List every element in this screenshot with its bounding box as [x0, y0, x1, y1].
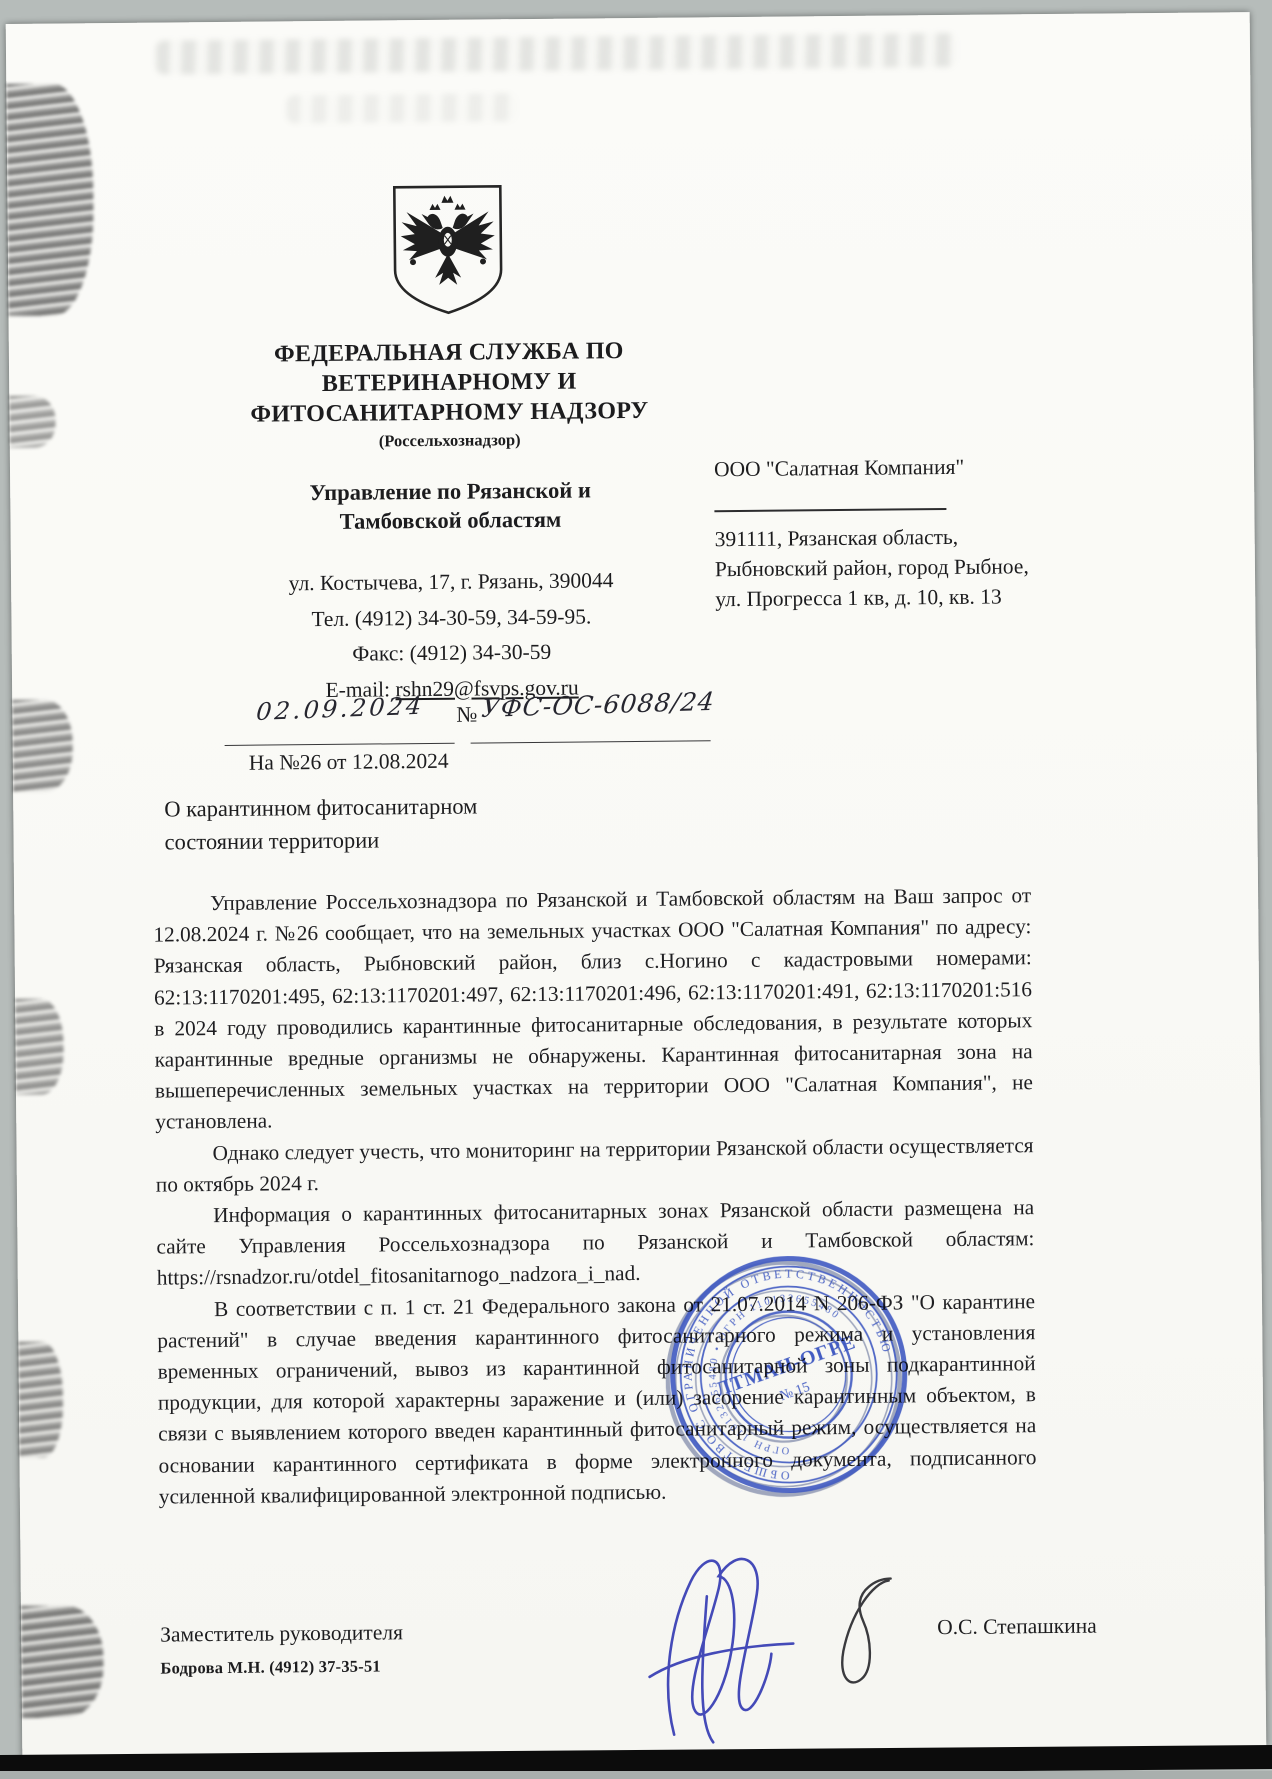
subject-line: О карантинном фитосанитарном состоянии т…: [164, 790, 478, 859]
round-stamp: ОБЩЕСТВО С ОГРАНИЧЕННОЙ ОТВЕТСТВЕННОСТЬЮ…: [665, 1250, 913, 1498]
signer-position: Заместитель руководителя: [160, 1620, 403, 1647]
number-writing-line: [471, 740, 711, 743]
agency-name: ФЕДЕРАЛЬНАЯ СЛУЖБА ПО ВЕТЕРИНАРНОМУ И ФИ…: [139, 335, 760, 431]
scanned-letter: ФЕДЕРАЛЬНАЯ СЛУЖБА ПО ВЕТЕРИНАРНОМУ И ФИ…: [0, 0, 1272, 1779]
document-page: ФЕДЕРАЛЬНАЯ СЛУЖБА ПО ВЕТЕРИНАРНОМУ И ФИ…: [6, 12, 1267, 1758]
outgoing-number-handwritten: УФС-ОС-6088/24: [476, 687, 720, 723]
scan-smudge: [18, 1342, 63, 1458]
executor-contact: Бодрова М.Н. (4912) 37-35-51: [160, 1656, 381, 1678]
number-sign: №: [456, 702, 477, 728]
postal-address: ул. Костычева, 17, г. Рязань, 390044: [141, 562, 761, 603]
scan-smudge: [15, 999, 64, 1095]
department-name: Управление по Рязанской и Тамбовской обл…: [140, 474, 761, 538]
handwritten-signature: [610, 1532, 952, 1750]
scan-smudge: [6, 83, 94, 316]
phone-line: Тел. (4912) 34-30-59, 34-59-95.: [141, 597, 761, 638]
body-paragraph: Однако следует учесть, что мониторинг на…: [155, 1130, 1034, 1201]
scan-smudge: [12, 699, 73, 792]
fax-line: Факс: (4912) 34-30-59: [142, 633, 762, 674]
scan-edge-gray: [0, 1771, 1272, 1779]
letterhead: ФЕДЕРАЛЬНАЯ СЛУЖБА ПО ВЕТЕРИНАРНОМУ И ФИ…: [137, 181, 762, 710]
body-paragraph: Управление Россельхознадзора по Рязанско…: [153, 880, 1033, 1138]
recipient-block: ООО "Салатная Компания" 391111, Рязанска…: [714, 451, 1076, 614]
recipient-name: ООО "Салатная Компания": [714, 451, 1074, 484]
scan-bleed-artifact: [286, 93, 516, 123]
scan-smudge: [9, 396, 55, 448]
signer-name: О.С. Степашкина: [937, 1614, 1097, 1641]
recipient-address: 391111, Рязанская область, Рыбновский ра…: [715, 521, 1076, 614]
date-writing-line: [225, 743, 455, 746]
stamp-center-number: № 15: [778, 1380, 812, 1404]
agency-short-name: (Россельхознадзор): [140, 428, 760, 454]
reply-reference: На №26 от 12.08.2024: [249, 749, 449, 776]
scan-bleed-artifact: [156, 33, 956, 75]
coat-of-arms-icon: [388, 183, 507, 316]
recipient-divider: [714, 508, 946, 512]
scan-smudge: [21, 1605, 104, 1718]
